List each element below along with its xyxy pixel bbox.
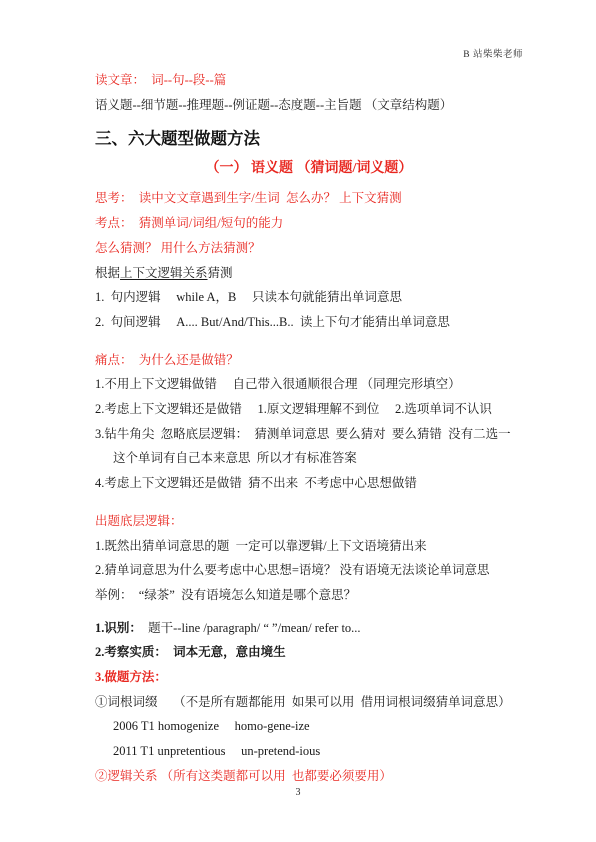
line-question-chain: 语义题--细节题--推理题--例证题--态度题--主旨题 （文章结构题） xyxy=(95,93,523,118)
spacer xyxy=(95,335,523,348)
line-underlying-2: 2.猜单词意思为什么要考虑中心思想=语境？ 没有语境无法谈论单词意思 xyxy=(95,558,523,583)
line-think: 思考： 读中文文章遇到生字/生词 怎么办？ 上下文猜测 xyxy=(95,186,523,211)
line-essence: 2.考察实质： 词本无意，意由境生 xyxy=(95,640,523,665)
spacer xyxy=(95,608,523,616)
line-read-article: 读文章： 词--句--段--篇 xyxy=(95,68,523,93)
line-method-1-example-2011: 2011 T1 unpretentious un-pretend-ious xyxy=(95,739,523,764)
line-method-1-example-2006: 2006 T1 homogenize homo-gene-ize xyxy=(95,714,523,739)
identify-rest: 题干--line /paragraph/ “ ”/mean/ refer to.… xyxy=(142,621,361,635)
line-pain-1: 1.不用上下文逻辑做错 自己带入很通顺很合理 （同理完形填空） xyxy=(95,372,523,397)
line-underlying-1: 1.既然出猜单词意思的题 一定可以靠逻辑/上下文语境猜出来 xyxy=(95,534,523,559)
line-pain-3-cont: 这个单词有自己本来意思 所以才有标准答案 xyxy=(95,446,523,471)
line-focus: 考点： 猜测单词/词组/短句的能力 xyxy=(95,211,523,236)
page-footer: 3 xyxy=(0,787,596,798)
basis-underlined: 上下文逻辑关系 xyxy=(120,266,208,280)
basis-post: 猜测 xyxy=(208,266,233,280)
document-page: B 站柴柴老师 读文章： 词--句--段--篇 语义题--细节题--推理题--例… xyxy=(0,0,596,842)
page-number: 3 xyxy=(296,787,301,798)
page-header: B 站柴柴老师 xyxy=(463,46,523,60)
line-logic-in-sentence: 1. 句内逻辑 while A，B 只读本句就能猜出单词意思 xyxy=(95,285,523,310)
spacer xyxy=(95,496,523,509)
line-example: 举例： “绿茶” 没有语境怎么知道是哪个意思？ xyxy=(95,583,523,608)
line-basis: 根据上下文逻辑关系猜测 xyxy=(95,261,523,286)
section-title: 三、六大题型做题方法 xyxy=(95,126,523,152)
author-credit: B 站柴柴老师 xyxy=(463,50,523,60)
line-method-2: ②逻辑关系 （所有这类题都可以用 也都要必须要用） xyxy=(95,764,523,789)
line-underlying-title: 出题底层逻辑： xyxy=(95,509,523,534)
line-identify: 1.识别： 题干--line /paragraph/ “ ”/mean/ ref… xyxy=(95,616,523,641)
line-logic-between: 2. 句间逻辑 A.... But/And/This...B.. 读上下句才能猜… xyxy=(95,310,523,335)
line-pain-3: 3.钻牛角尖 忽略底层逻辑： 猜测单词意思 要么猜对 要么猜错 没有二选一 xyxy=(95,422,523,447)
line-pain-title: 痛点： 为什么还是做错？ xyxy=(95,348,523,373)
document-content: 读文章： 词--句--段--篇 语义题--细节题--推理题--例证题--态度题-… xyxy=(95,68,523,789)
subsection-title: （一） 语义题 （猜词题/词义题） xyxy=(95,157,523,181)
basis-pre: 根据 xyxy=(95,266,120,280)
line-method-title: 3.做题方法： xyxy=(95,665,523,690)
line-how-guess: 怎么猜测？ 用什么方法猜测？ xyxy=(95,236,523,261)
line-method-1: ①词根词缀 （不是所有题都能用 如果可以用 借用词根词缀猜单词意思） xyxy=(95,690,523,715)
line-pain-4: 4.考虑上下文逻辑还是做错 猜不出来 不考虑中心思想做错 xyxy=(95,471,523,496)
line-pain-2: 2.考虑上下文逻辑还是做错 1.原文逻辑理解不到位 2.选项单词不认识 xyxy=(95,397,523,422)
identify-label: 1.识别： xyxy=(95,621,142,635)
